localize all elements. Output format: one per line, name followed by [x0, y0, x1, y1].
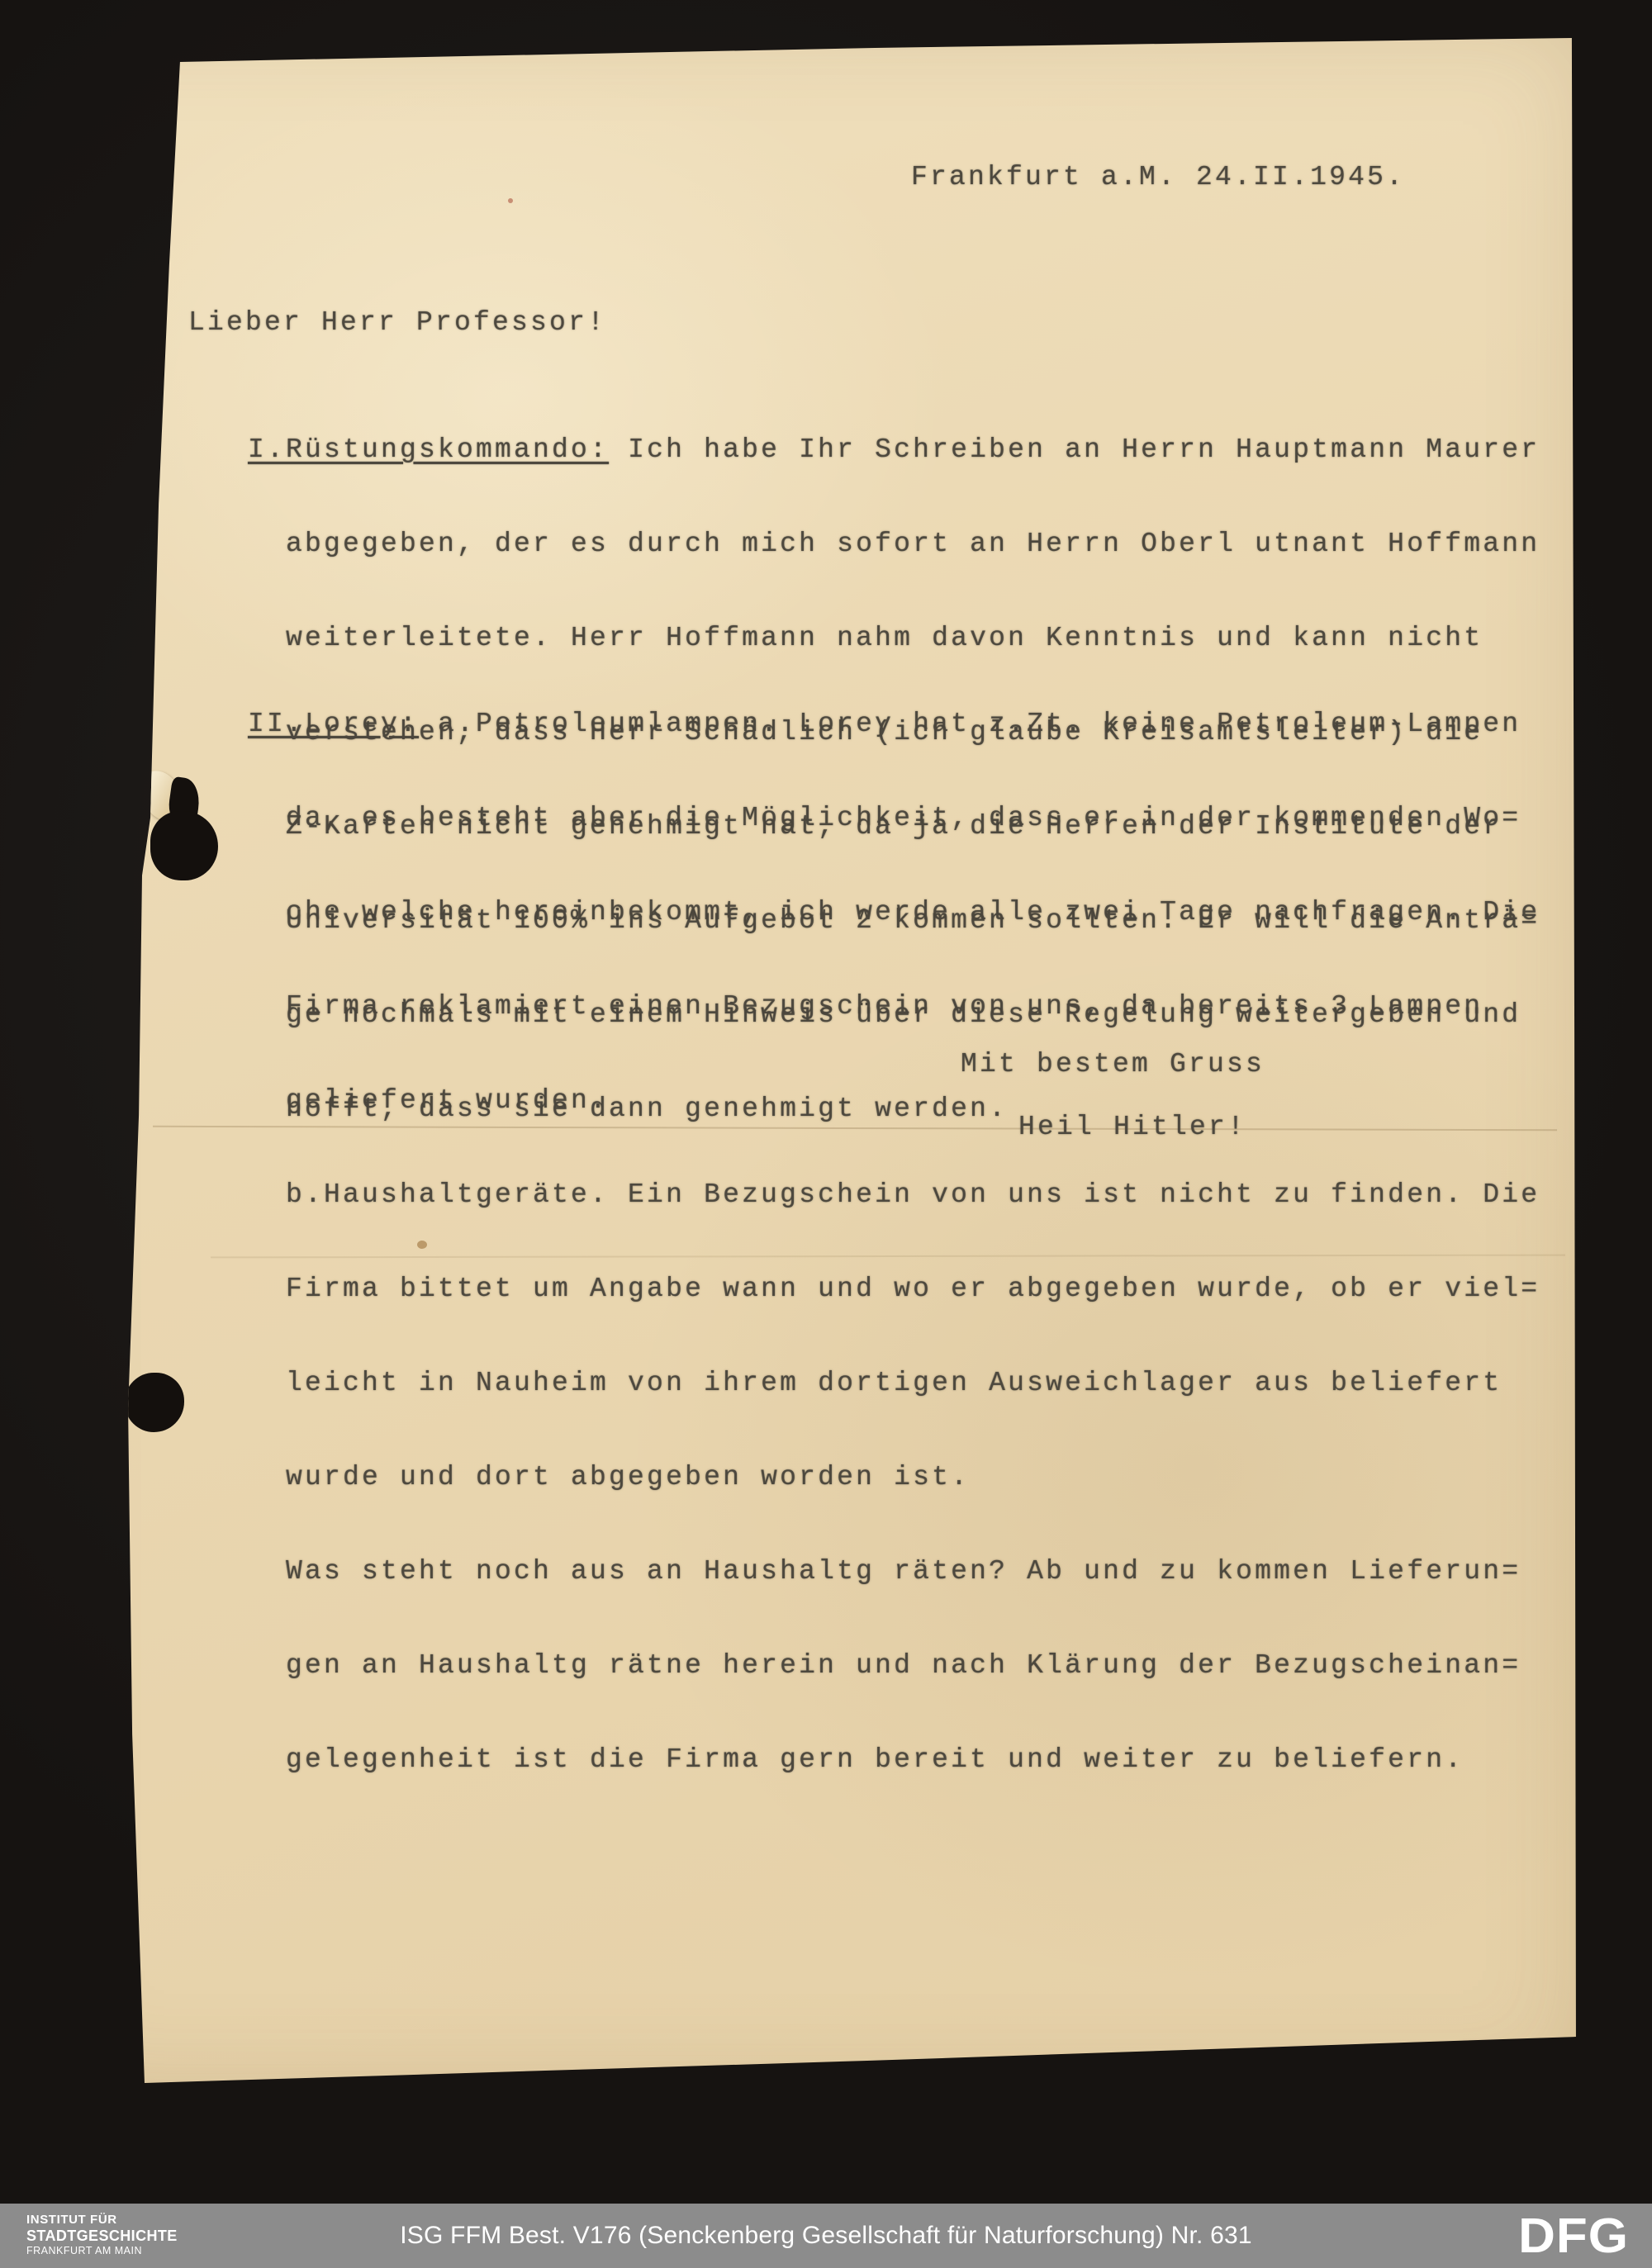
typed-line: leicht in Nauheim von ihrem dortigen Aus…: [248, 1368, 1540, 1399]
closing-line: Mit bestem Gruss: [961, 1049, 1265, 1080]
section-lorey: II.Lorey: a.Petroleumlampen. Lorey hat z…: [248, 646, 1540, 1839]
typed-line: II.Lorey: a.Petroleumlampen. Lorey hat z…: [248, 709, 1540, 740]
dateline: Frankfurt a.M. 24.II.1945.: [911, 162, 1405, 193]
typed-text: a.Petroleumlampen. Lorey hat z.Zt. keine…: [419, 709, 1521, 739]
punch-hole-bottom: [125, 1373, 184, 1432]
typed-line: Firma reklamiert einen Bezugschein von u…: [248, 991, 1540, 1022]
typed-line: b.Haushaltgeräte. Ein Bezugschein von un…: [248, 1179, 1540, 1211]
typed-text: Ich habe Ihr Schreiben an Herrn Hauptman…: [609, 434, 1540, 465]
typed-line: gen an Haushaltg rätne herein und nach K…: [248, 1650, 1540, 1682]
typed-line: I.Rüstungskommando: Ich habe Ihr Schreib…: [248, 434, 1540, 466]
archive-reference: ISG FFM Best. V176 (Senckenberg Gesellsc…: [0, 2222, 1652, 2250]
typed-line: che welche hereinbekommt, ich werde alle…: [248, 897, 1540, 928]
paper-stain: [508, 198, 513, 203]
typed-line: Firma bittet um Angabe wann und wo er ab…: [248, 1274, 1540, 1305]
punch-hole-top: [150, 811, 218, 880]
dfg-logo: DFG: [1518, 2209, 1629, 2264]
archive-footer-bar: INSTITUT FÜR STADTGESCHICHTE FRANKFURT A…: [0, 2204, 1652, 2268]
salutation: Lieber Herr Professor!: [188, 307, 606, 339]
signature-line: Heil Hitler!: [1018, 1112, 1246, 1143]
typed-line: wurde und dort abgegeben worden ist.: [248, 1462, 1540, 1493]
typed-line: abgegeben, der es durch mich sofort an H…: [248, 529, 1540, 560]
typed-line: Was steht noch aus an Haushaltg räten? A…: [248, 1556, 1540, 1587]
scan-viewer: Frankfurt a.M. 24.II.1945. Lieber Herr P…: [0, 0, 1652, 2268]
section-heading: II.Lorey:: [248, 709, 419, 739]
typed-line: geliefert wurden.: [248, 1085, 1540, 1117]
section-heading: I.Rüstungskommando:: [248, 434, 609, 465]
typed-line: da, es besteht aber die Möglichkeit, das…: [248, 803, 1540, 834]
typed-line: gelegenheit ist die Firma gern bereit un…: [248, 1744, 1540, 1776]
